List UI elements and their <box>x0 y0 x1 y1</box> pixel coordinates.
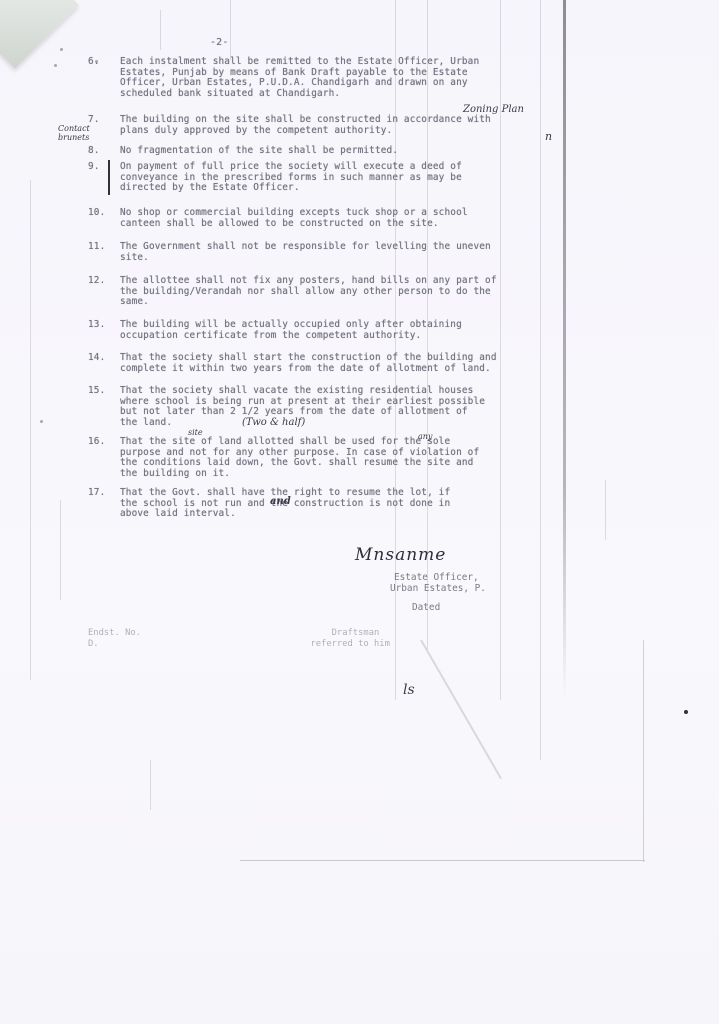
scan-streak <box>30 180 31 680</box>
handwritten-note-two-half: (Two & half) <box>242 417 305 428</box>
clause-14: 14. That the society shall start the con… <box>88 353 558 374</box>
clause-text: The Government shall not be responsible … <box>120 242 558 263</box>
clause-number: 10. <box>88 208 118 219</box>
clause-text: No shop or commercial building excepts t… <box>120 208 558 229</box>
signatory-office: Urban Estates, P. <box>390 583 486 594</box>
clause-number: 11. <box>88 242 118 253</box>
folded-corner <box>0 0 79 69</box>
photocopy-frame-line <box>240 860 645 861</box>
scan-streak <box>605 480 606 540</box>
dated-label: Dated <box>412 602 486 613</box>
clause-16: 16. That the site of land allotted shall… <box>88 437 558 479</box>
clause-number: 15. <box>88 386 118 397</box>
clause-text: The building will be actually occupied o… <box>120 320 558 341</box>
signature-block: Estate Officer, Urban Estates, P. Dated <box>390 572 486 613</box>
clause-text: That the Govt. shall have the right to r… <box>120 488 558 520</box>
clause-12: 12. The allottee shall not fix any poste… <box>88 276 558 308</box>
page-number: -2- <box>210 38 229 49</box>
clause-number: 7. <box>88 115 118 126</box>
handwritten-insert-any: any <box>418 432 432 441</box>
handwritten-note-zoning: Zoning Plan <box>463 104 524 115</box>
photocopy-frame-line <box>643 640 644 862</box>
handwritten-mark: n <box>545 130 552 143</box>
speck <box>684 710 688 714</box>
clause-number: 6. <box>88 57 118 68</box>
clause-15: 15. That the society shall vacate the ex… <box>88 386 558 428</box>
clause-text: On payment of full price the society wil… <box>120 162 558 194</box>
clause-11: 11. The Government shall not be responsi… <box>88 242 558 263</box>
speck <box>40 420 43 423</box>
clause-7: 7. The building on the site shall be con… <box>88 115 558 136</box>
clause-text: That the society shall start the constru… <box>120 353 558 374</box>
clause-number: 16. <box>88 437 118 448</box>
clause-number: 12. <box>88 276 118 287</box>
handwritten-insert-and: and <box>270 496 291 507</box>
clause-text: That the site of land allotted shall be … <box>120 437 558 479</box>
clause-text: Each instalment shall be remitted to the… <box>120 57 558 99</box>
clause-17: 17. That the Govt. shall have the right … <box>88 488 558 520</box>
faded-line: D. referred to him <box>88 639 558 650</box>
clause-number: 17. <box>88 488 118 499</box>
handwritten-insert-site: site <box>188 428 203 437</box>
faded-endorsement: Endst. No. Draftsman D. referred to him <box>88 628 558 649</box>
signatory-title: Estate Officer, <box>394 572 486 583</box>
clause-text: That the society shall vacate the existi… <box>120 386 558 428</box>
photocopy-crease <box>420 640 502 780</box>
clause-number: 8. <box>88 146 118 157</box>
scanned-document-page: -2- 6. Each instalment shall be remitted… <box>0 0 719 1024</box>
clause-number: 13. <box>88 320 118 331</box>
clause-10: 10. No shop or commercial building excep… <box>88 208 558 229</box>
handwritten-initials: ls <box>403 682 415 698</box>
clause-number: 9. <box>88 162 118 173</box>
margin-marker-line <box>108 160 110 195</box>
clause-text: The allottee shall not fix any posters, … <box>120 276 558 308</box>
handwritten-margin-note: Contact brunets <box>58 124 90 142</box>
clause-13: 13. The building will be actually occupi… <box>88 320 558 341</box>
speck <box>54 64 57 67</box>
signature: Mnsanme <box>355 545 446 565</box>
page-edge-shadow <box>563 0 566 700</box>
scan-streak <box>150 760 151 810</box>
scan-streak <box>60 500 61 600</box>
clause-8: 8. No fragmentation of the site shall be… <box>88 146 558 157</box>
faded-line: Endst. No. Draftsman <box>88 628 558 639</box>
scan-streak <box>160 10 161 50</box>
scan-streak <box>230 0 231 60</box>
clause-6: 6. Each instalment shall be remitted to … <box>88 57 558 99</box>
clause-number: 14. <box>88 353 118 364</box>
clause-9: 9. On payment of full price the society … <box>88 162 558 194</box>
clause-text: No fragmentation of the site shall be pe… <box>120 146 558 157</box>
speck <box>60 48 63 51</box>
clause-text: The building on the site shall be constr… <box>120 115 558 136</box>
